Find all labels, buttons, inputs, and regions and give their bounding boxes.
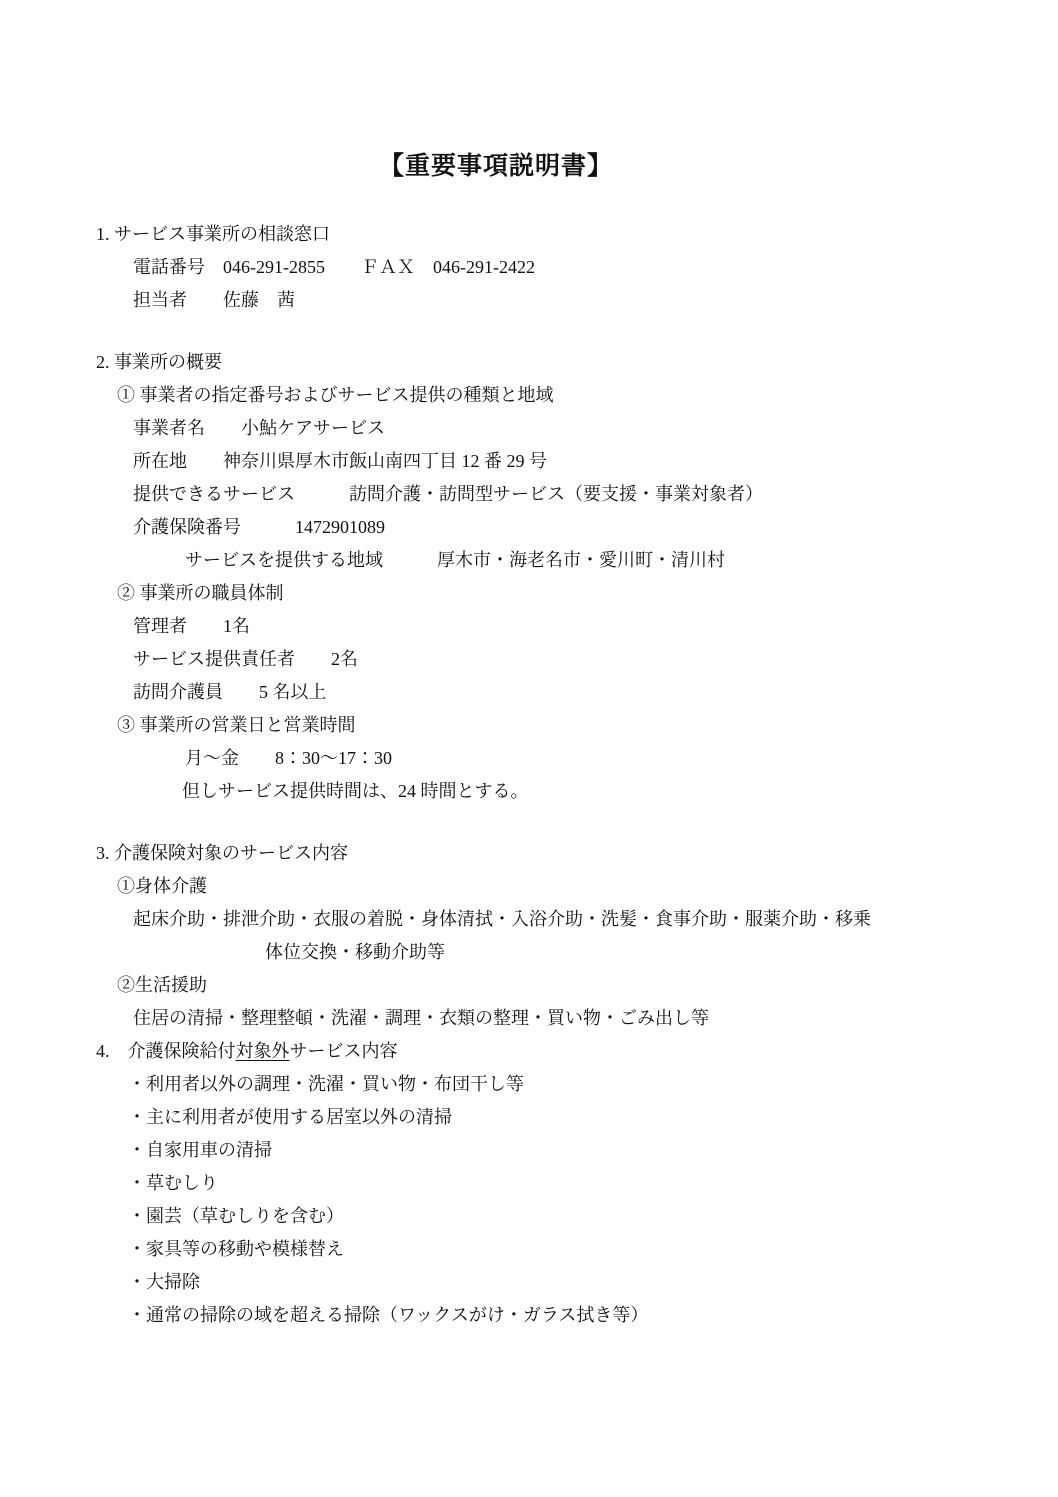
text-segment: サービス内容 (290, 1041, 398, 1061)
helper-count-line: 訪問介護員 5 名以上 (133, 676, 1018, 709)
physical-care-items-line: 起床介助・排泄介助・衣服の着脱・身体清拭・入浴介助・洗髪・食事介助・服薬介助・移… (133, 903, 1018, 936)
insurance-number-line: 介護保険番号 1472901089 (133, 511, 1018, 544)
life-support-items-line: 住居の清掃・整理整頓・洗濯・調理・衣類の整理・買い物・ごみ出し等 (133, 1002, 1018, 1035)
excluded-service-item: ・家具等の移動や模様替え (128, 1233, 1018, 1266)
item-3-heading: ③ 事業所の営業日と営業時間 (117, 709, 1018, 742)
text-segment: 4. 介護保険給付 (96, 1041, 236, 1061)
underlined-text-segment: 対象外 (236, 1041, 290, 1061)
excluded-service-item: ・主に利用者が使用する居室以外の清掃 (128, 1101, 1018, 1134)
manager-count-line: 管理者 1名 (133, 610, 1018, 643)
business-hours-line: 月～金 8：30～17：30 (185, 742, 1018, 775)
physical-care-items-line-2: 体位交換・移動介助等 (265, 936, 1018, 969)
life-support-heading: ②生活援助 (117, 969, 1018, 1002)
document-page: 【重要事項説明書】 1. サービス事業所の相談窓口電話番号 046-291-28… (0, 0, 1058, 1497)
section-3-heading: 3. 介護保険対象のサービス内容 (96, 837, 1018, 870)
services-line: 提供できるサービス 訪問介護・訪問型サービス（要支援・事業対象者） (133, 478, 1018, 511)
service-manager-count-line: サービス提供責任者 2名 (133, 643, 1018, 676)
excluded-service-item: ・草むしり (128, 1167, 1018, 1200)
document-body: 1. サービス事業所の相談窓口電話番号 046-291-2855 ＦＡＸ 046… (96, 218, 1018, 1332)
business-name-line: 事業者名 小鮎ケアサービス (133, 412, 1018, 445)
excluded-service-item: ・通常の掃除の域を超える掃除（ワックスがけ・ガラス拭き等） (128, 1299, 1018, 1332)
page-title: 【重要事項説明書】 (96, 148, 896, 186)
section-4-heading: 4. 介護保険給付対象外サービス内容 (96, 1035, 1018, 1068)
excluded-service-item: ・園芸（草むしりを含む） (128, 1200, 1018, 1233)
excluded-service-item: ・利用者以外の調理・洗濯・買い物・布団干し等 (128, 1068, 1018, 1101)
item-1-heading: ① 事業者の指定番号およびサービス提供の種類と地域 (117, 379, 1018, 412)
item-2-heading: ② 事業所の職員体制 (117, 577, 1018, 610)
service-area-line: サービスを提供する地域 厚木市・海老名市・愛川町・清川村 (185, 544, 1018, 577)
section-2-heading: 2. 事業所の概要 (96, 346, 1018, 379)
contact-person-line: 担当者 佐藤 茜 (133, 284, 1018, 317)
address-line: 所在地 神奈川県厚木市飯山南四丁目 12 番 29 号 (133, 445, 1018, 478)
service-hours-note-line: 但しサービス提供時間は、24 時間とする。 (182, 775, 1018, 808)
document-content: 【重要事項説明書】 1. サービス事業所の相談窓口電話番号 046-291-28… (0, 0, 1058, 1332)
excluded-service-item: ・自家用車の清掃 (128, 1134, 1018, 1167)
phone-fax-line: 電話番号 046-291-2855 ＦＡＸ 046-291-2422 (133, 251, 1018, 284)
physical-care-heading: ①身体介護 (117, 870, 1018, 903)
excluded-service-item: ・大掃除 (128, 1266, 1018, 1299)
section-1-heading: 1. サービス事業所の相談窓口 (96, 218, 1018, 251)
